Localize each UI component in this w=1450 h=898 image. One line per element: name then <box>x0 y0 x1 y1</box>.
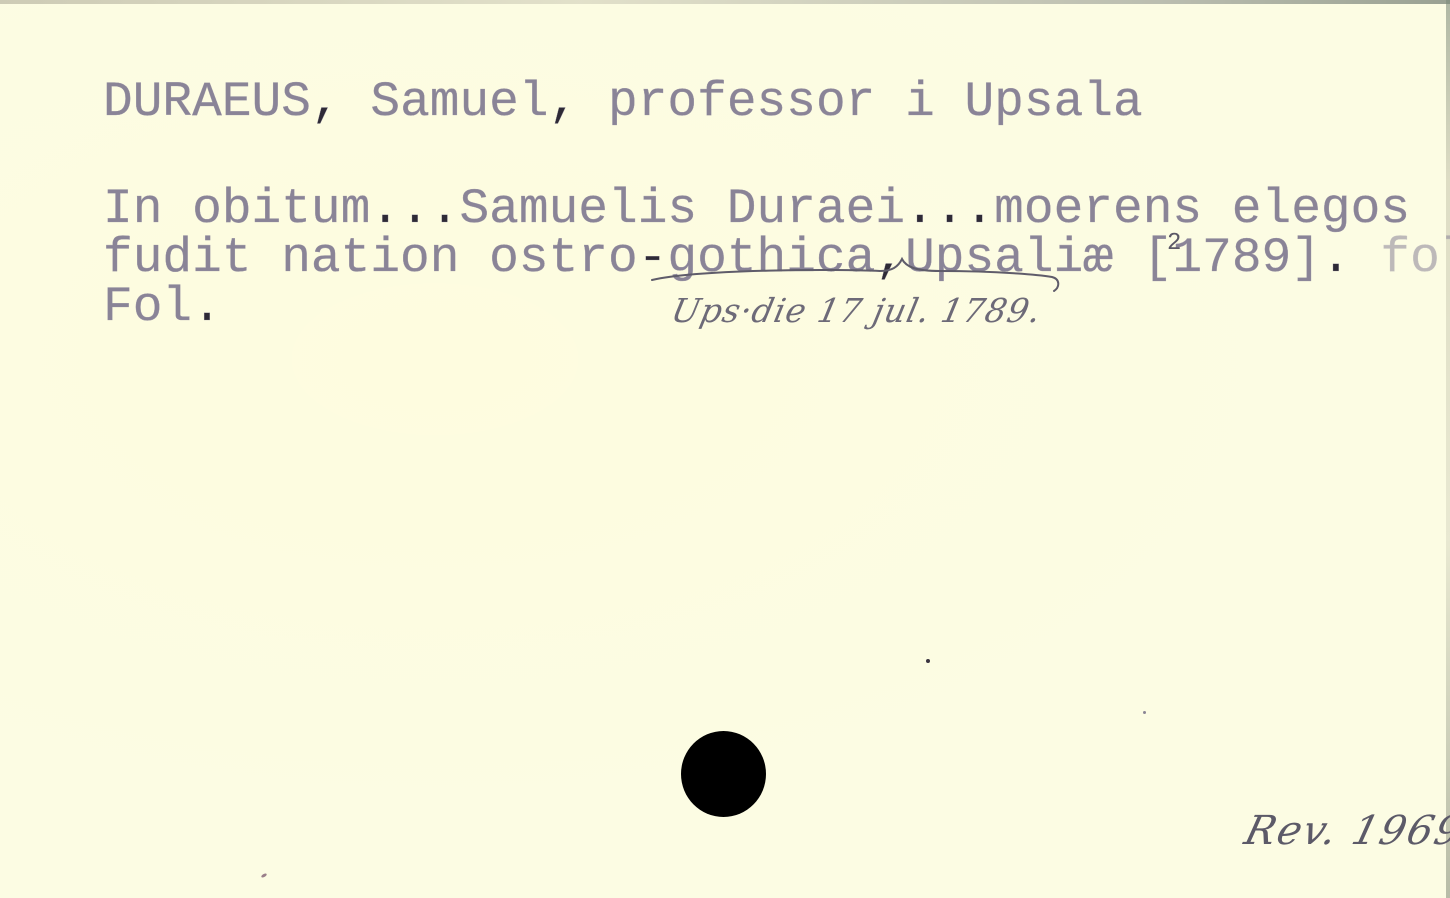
heading-comma-1: , <box>311 74 341 130</box>
author-description: professor i Upsala <box>578 74 1142 130</box>
author-surname: DURAEUS <box>103 74 311 130</box>
paper-speck <box>261 873 268 879</box>
heading-comma-2: , <box>549 74 579 130</box>
format-line: Fol. <box>103 283 222 332</box>
catalog-card: DURAEUS, Samuel, professor i Upsala In o… <box>0 0 1450 898</box>
card-top-edge <box>0 0 1450 4</box>
imprint-superscript: 2 <box>1167 232 1181 256</box>
format-period: . <box>192 279 222 335</box>
revision-note: Rev. 1969 <box>1240 808 1450 854</box>
imprint-text-a: fudit nation ostro <box>103 230 638 286</box>
title-line-1: In obitum...Samuelis Duraei...moerens el… <box>103 185 1410 234</box>
format-text: Fol <box>103 279 192 335</box>
title-ellipsis-2: ... <box>905 181 994 237</box>
title-ellipsis-1: ... <box>370 181 459 237</box>
card-punch-hole <box>681 731 766 817</box>
card-right-edge <box>1446 0 1450 898</box>
handwritten-date-insert: Ups·die 17 jul. 1789. <box>668 291 1045 330</box>
title-text-a: In obitum <box>103 181 370 237</box>
imprint-trailing-format: fol <box>1351 230 1450 286</box>
title-text-c: moerens elegos <box>994 181 1410 237</box>
author-heading: DURAEUS, Samuel, professor i Upsala <box>103 78 1143 127</box>
author-forename: Samuel <box>341 74 549 130</box>
paper-speck <box>926 659 930 663</box>
imprint-period: . <box>1321 230 1351 286</box>
title-text-b: Samuelis Duraei <box>459 181 905 237</box>
paper-speck <box>1143 711 1146 714</box>
